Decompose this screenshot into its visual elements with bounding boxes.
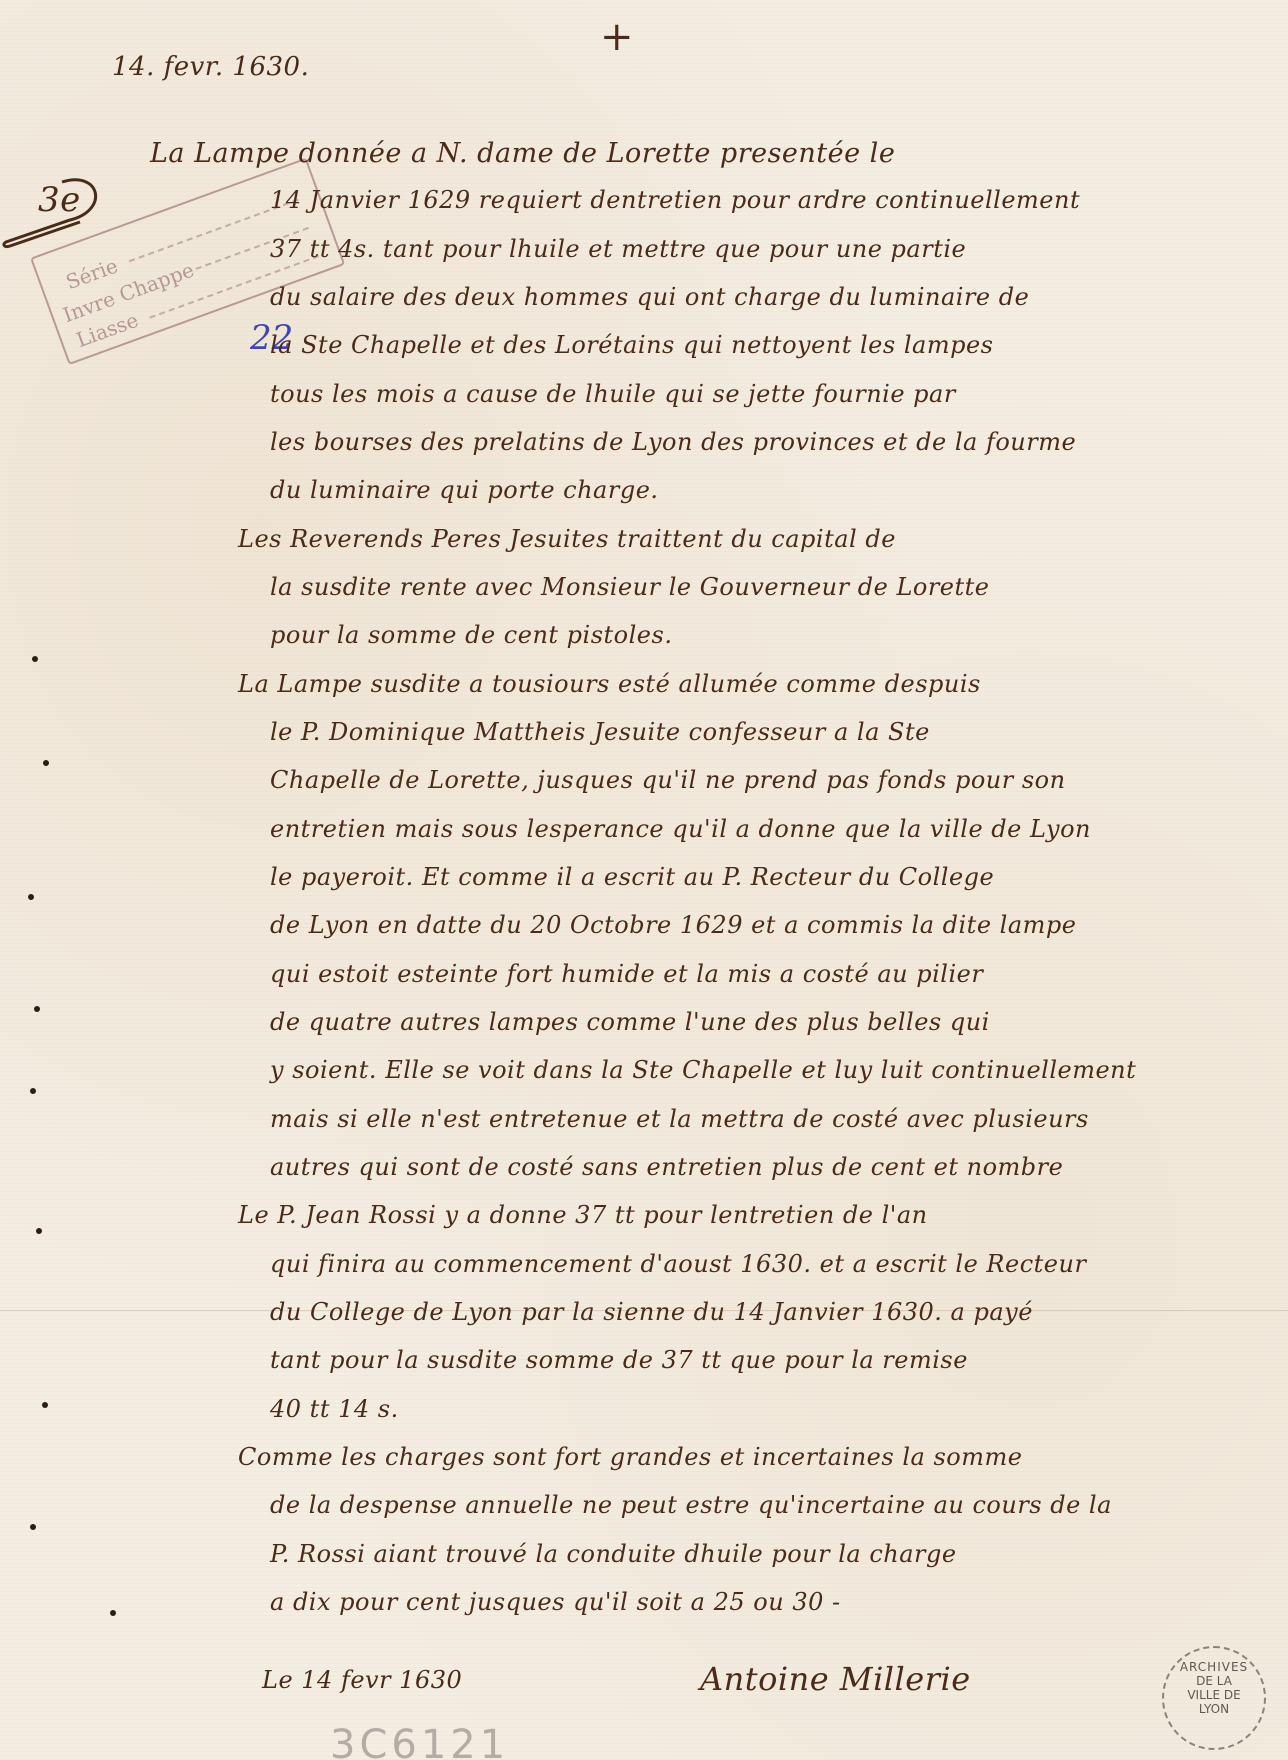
manuscript-line: du salaire des deux hommes qui ont charg… xyxy=(270,285,1029,309)
header-cross-mark: + xyxy=(600,14,634,60)
manuscript-line: Comme les charges sont fort grandes et i… xyxy=(238,1445,1022,1469)
margin-ink-dot xyxy=(28,894,34,900)
manuscript-line: autres qui sont de costé sans entretien … xyxy=(270,1155,1063,1179)
manuscript-line: Le P. Jean Rossi y a donne 37 tt pour le… xyxy=(238,1203,928,1227)
manuscript-line: P. Rossi aiant trouvé la conduite dhuile… xyxy=(270,1542,957,1566)
stamp-line: DE LA xyxy=(1164,1674,1264,1688)
archives-de-lyon-stamp: ARCHIVES DE LA VILLE DE LYON xyxy=(1162,1646,1266,1750)
manuscript-line: 14 Janvier 1629 requiert dentretien pour… xyxy=(270,188,1080,212)
margin-ink-dot xyxy=(34,1006,40,1012)
manuscript-line: de quatre autres lampes comme l'une des … xyxy=(270,1010,990,1034)
stamp-line: LYON xyxy=(1164,1702,1264,1716)
manuscript-line: qui estoit esteinte fort humide et la mi… xyxy=(270,962,983,986)
manuscript-line: Les Reverends Peres Jesuites traittent d… xyxy=(238,527,896,551)
manuscript-line: de la despense annuelle ne peut estre qu… xyxy=(270,1493,1112,1517)
manuscript-line: le P. Dominique Mattheis Jesuite confess… xyxy=(270,720,930,744)
manuscript-line: La Lampe donnée a N. dame de Lorette pre… xyxy=(150,140,895,167)
margin-ink-dot xyxy=(30,1524,36,1530)
manuscript-line: qui finira au commencement d'aoust 1630.… xyxy=(270,1252,1086,1276)
manuscript-line: 40 tt 14 s. xyxy=(270,1397,399,1421)
manuscript-line: les bourses des prelatins de Lyon des pr… xyxy=(270,430,1076,454)
manuscript-line: de Lyon en datte du 20 Octobre 1629 et a… xyxy=(270,913,1076,937)
manuscript-line: la susdite rente avec Monsieur le Gouver… xyxy=(270,575,990,599)
manuscript-line: pour la somme de cent pistoles. xyxy=(270,623,672,647)
margin-ink-dot xyxy=(110,1610,116,1616)
manuscript-line: 37 tt 4s. tant pour lhuile et mettre que… xyxy=(270,237,966,261)
manuscript-line: Chapelle de Lorette, jusques qu'il ne pr… xyxy=(270,768,1066,792)
manuscript-line: du luminaire qui porte charge. xyxy=(270,478,659,502)
margin-ink-dot xyxy=(42,1402,48,1408)
date-note: 14. fevr. 1630. xyxy=(112,52,309,82)
manuscript-line: a dix pour cent jusques qu'il soit a 25 … xyxy=(270,1590,841,1614)
manuscript-line: La Lampe susdite a tousiours esté allumé… xyxy=(238,672,981,696)
margin-ink-dot xyxy=(36,1228,42,1234)
manuscript-line: entretien mais sous lesperance qu'il a d… xyxy=(270,817,1091,841)
manuscript-line: mais si elle n'est entretenue et la mett… xyxy=(270,1107,1089,1131)
manuscript-line: tant pour la susdite somme de 37 tt que … xyxy=(270,1348,968,1372)
docket-date: Le 14 fevr 1630 xyxy=(262,1666,462,1694)
margin-ink-dot xyxy=(32,656,38,662)
margin-ink-dot xyxy=(30,1088,36,1094)
margin-reference: 3e xyxy=(38,180,81,220)
manuscript-line: tous les mois a cause de lhuile qui se j… xyxy=(270,382,956,406)
stamp-arc-text: ARCHIVES xyxy=(1164,1660,1264,1674)
manuscript-line: le payeroit. Et comme il a escrit au P. … xyxy=(270,865,994,889)
manuscript-line: y soient. Elle se voit dans la Ste Chape… xyxy=(270,1058,1136,1082)
pencil-catalog-number: 3C6121 xyxy=(330,1722,509,1760)
signature: Antoine Millerie xyxy=(700,1660,971,1698)
manuscript-line: du College de Lyon par la sienne du 14 J… xyxy=(270,1300,1033,1324)
manuscript-line: la Ste Chapelle et des Lorétains qui net… xyxy=(270,333,993,357)
margin-ink-dot xyxy=(43,760,49,766)
stamp-line: VILLE DE xyxy=(1164,1688,1264,1702)
